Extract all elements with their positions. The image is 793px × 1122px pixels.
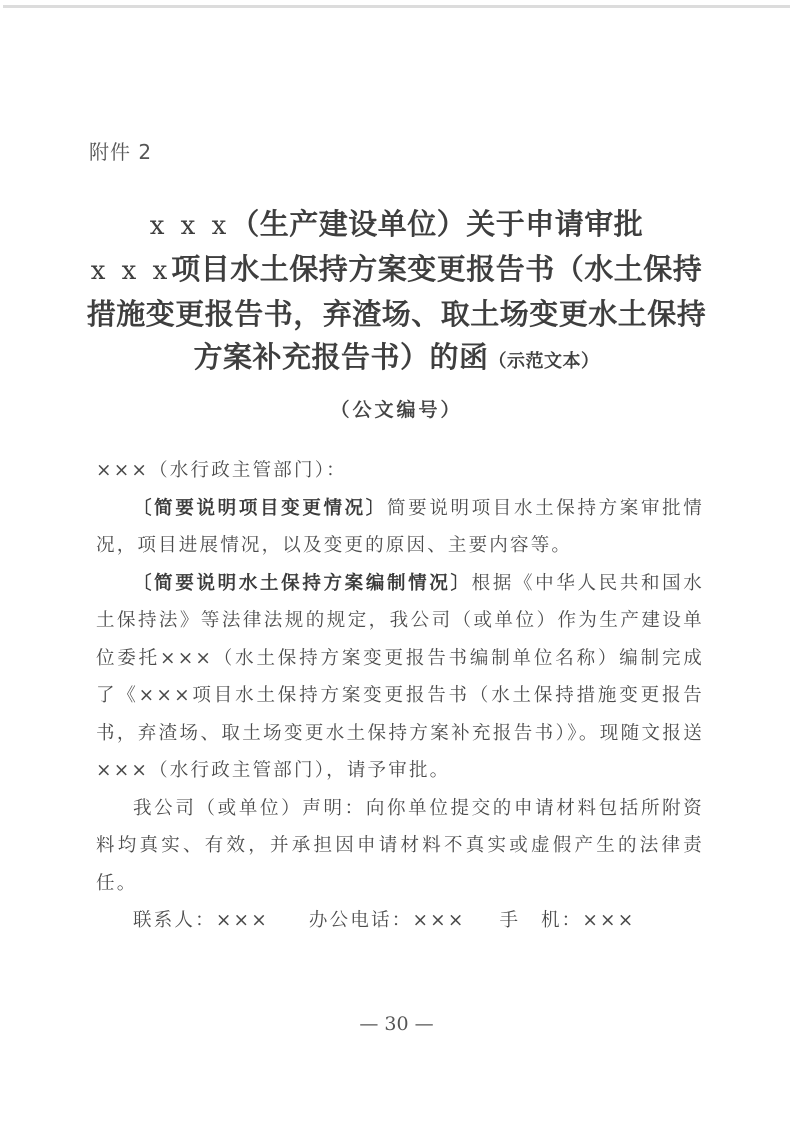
title-line-3: 措施变更报告书，弃渣场、取土场变更水土保持 — [60, 293, 733, 336]
contact-person: 联系人：××× — [133, 902, 269, 940]
paragraph-heading: 〔简要说明项目变更情况〕 — [133, 498, 387, 519]
contact-person-value: ××× — [216, 910, 269, 931]
title-line-2: x x x项目水土保持方案变更报告书（水土保持 — [60, 248, 733, 293]
paragraph-plan-preparation: 〔简要说明水土保持方案编制情况〕根据《中华人民共和国水土保持法》等法律法规的规定… — [96, 565, 704, 790]
title-line-4-text: 方案补充报告书）的函 — [193, 340, 488, 374]
mobile-phone-label: 手 机： — [500, 910, 583, 931]
contact-info: 联系人：×××办公电话：×××手 机：××× — [96, 902, 704, 940]
title-placeholder-xxx: x x x — [91, 256, 172, 286]
office-phone-value: ××× — [412, 910, 465, 931]
title-line-1: x x x（生产建设单位）关于申请审批 — [60, 203, 733, 248]
attachment-label: 附件 2 — [89, 136, 152, 165]
sample-text-note: （示范文本） — [489, 351, 600, 372]
page-number: — 30 — — [0, 1013, 793, 1035]
document-title: x x x（生产建设单位）关于申请审批 x x x项目水土保持方案变更报告书（水… — [60, 203, 733, 422]
mobile-phone-value: ××× — [582, 910, 635, 931]
paragraph-declaration: 我公司（或单位）声明：向你单位提交的申请材料包括所附资料均真实、有效，并承担因申… — [96, 790, 704, 903]
letter-body: ×××（水行政主管部门）： 〔简要说明项目变更情况〕简要说明项目水土保持方案审批… — [96, 452, 704, 940]
scan-top-border — [3, 5, 790, 8]
office-phone: 办公电话：××× — [309, 902, 466, 940]
office-phone-label: 办公电话： — [309, 910, 413, 931]
title-line-2-text: 项目水土保持方案变更报告书（水土保持 — [171, 252, 702, 286]
salutation: ×××（水行政主管部门）： — [96, 452, 704, 490]
document-number: （公文编号） — [60, 395, 733, 422]
title-line-1-text: （生产建设单位）关于申请审批 — [230, 207, 643, 241]
mobile-phone: 手 机：××× — [500, 902, 636, 940]
paragraph-heading: 〔简要说明水土保持方案编制情况〕 — [133, 573, 472, 594]
paragraph-text: 根据《中华人民共和国水土保持法》等法律法规的规定，我公司（或单位）作为生产建设单… — [96, 573, 704, 782]
title-placeholder-xxx: x x x — [150, 211, 231, 241]
contact-person-label: 联系人： — [133, 910, 216, 931]
title-line-4: 方案补充报告书）的函（示范文本） — [60, 336, 733, 383]
paragraph-project-change: 〔简要说明项目变更情况〕简要说明项目水土保持方案审批情况，项目进展情况，以及变更… — [96, 490, 704, 565]
